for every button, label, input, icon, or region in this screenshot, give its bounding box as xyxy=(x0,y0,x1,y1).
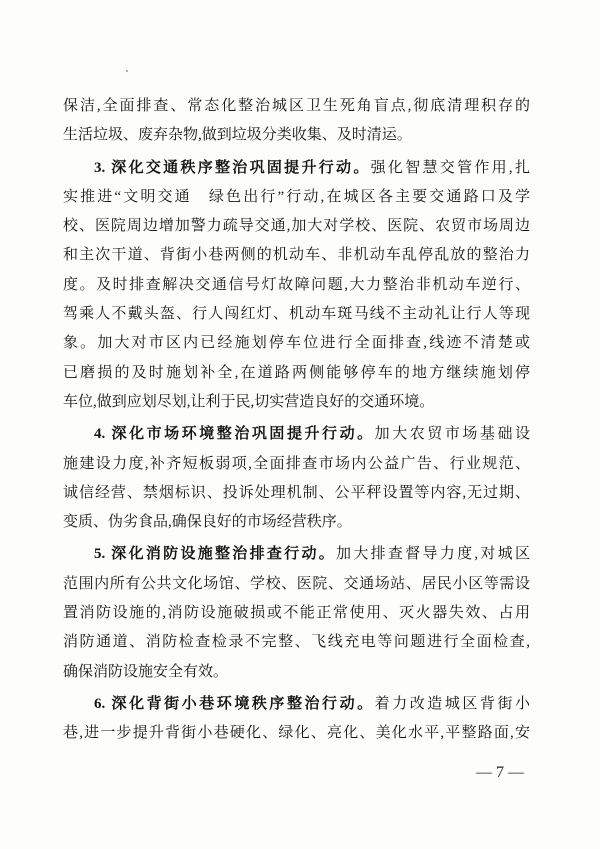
line-text: 实推进“文明交通 绿色出行”行动,在城区各主要交通路口及学 xyxy=(63,189,530,205)
section-heading-6: 6. 深化背街小巷环境秩序整治行动。 xyxy=(94,696,375,712)
page-body-text: 保洁,全面排查、常态化整治城区卫生死角盲点,彻底清理积存的 生活垃圾、废弃杂物,… xyxy=(63,92,530,785)
line-text: 强化智慧交管作用,扎 xyxy=(371,160,530,176)
text-line: 消防通道、消防检查检录不完整、飞线充电等问题进行全面检查, xyxy=(63,628,530,657)
text-line: 3. 深化交通秩序整治巩固提升行动。强化智慧交管作用,扎 xyxy=(63,154,530,183)
line-text: 度。及时排查解决交通信号灯故障问题,大力整治非机动车逆行、 xyxy=(63,277,530,293)
line-text: 置消防设施的,消防设施破损或不能正常使用、灭火器失效、占用 xyxy=(63,605,530,621)
text-line: 象。加大对市区内已经施划停车位进行全面排查,线迹不清楚或 xyxy=(63,329,530,358)
text-line: 变质、伪劣食品,确保良好的市场经营秩序。 xyxy=(63,508,530,537)
line-text: 巷,进一步提升背街小巷硬化、绿化、亮化、美化水平,平整路面,安 xyxy=(63,725,530,741)
text-line: 5. 深化消防设施整治排查行动。加大排查督导力度,对城区 xyxy=(63,540,530,569)
text-line: 施建设力度,补齐短板弱项,全面排查市场内公益广告、行业规范、 xyxy=(63,450,530,479)
page-number: — 7 — xyxy=(63,761,530,785)
line-text: 保洁,全面排查、常态化整治城区卫生死角盲点,彻底清理积存的 xyxy=(63,98,530,114)
text-line: 生活垃圾、废弃杂物,做到垃圾分类收集、及时清运。 xyxy=(63,121,530,150)
scan-speck xyxy=(126,70,128,72)
text-line: 度。及时排查解决交通信号灯故障问题,大力整治非机动车逆行、 xyxy=(63,271,530,300)
text-line: 实推进“文明交通 绿色出行”行动,在城区各主要交通路口及学 xyxy=(63,183,530,212)
line-text: 加大农贸市场基础设 xyxy=(375,426,530,442)
line-text: 诚信经营、禁烟标识、投诉处理机制、公平秤设置等内容,无过期、 xyxy=(63,485,530,501)
line-text: 车位,做到应划尽划,让利于民,切实营造良好的交通环境。 xyxy=(63,394,434,410)
text-line: 校、医院周边增加警力疏导交通,加大对学校、医院、农贸市场周边 xyxy=(63,212,530,241)
line-text: 象。加大对市区内已经施划停车位进行全面排查,线迹不清楚或 xyxy=(63,335,530,351)
section-heading-4: 4. 深化市场环境整治巩固提升行动。 xyxy=(94,426,375,442)
text-line: 和主次干道、背街小巷两侧的机动车、非机动车乱停乱放的整治力 xyxy=(63,241,530,270)
section-heading-5: 5. 深化消防设施整治排查行动。 xyxy=(94,546,336,562)
text-line: 巷,进一步提升背街小巷硬化、绿化、亮化、美化水平,平整路面,安 xyxy=(63,719,530,748)
line-text: 加大排查督导力度,对城区 xyxy=(336,546,530,562)
line-text: 和主次干道、背街小巷两侧的机动车、非机动车乱停乱放的整治力 xyxy=(63,247,530,263)
line-text: 校、医院周边增加警力疏导交通,加大对学校、医院、农贸市场周边 xyxy=(63,218,530,234)
text-line: 确保消防设施安全有效。 xyxy=(63,658,530,687)
text-line: 范围内所有公共文化场馆、学校、医院、交通场站、居民小区等需设 xyxy=(63,570,530,599)
line-text: 消防通道、消防检查检录不完整、飞线充电等问题进行全面检查, xyxy=(63,634,530,650)
text-line: 保洁,全面排查、常态化整治城区卫生死角盲点,彻底清理积存的 xyxy=(63,92,530,121)
text-line: 已磨损的及时施划补全,在道路两侧能够停车的地方继续施划停 xyxy=(63,359,530,388)
section-heading-3: 3. 深化交通秩序整治巩固提升行动。 xyxy=(94,160,371,176)
line-text: 已磨损的及时施划补全,在道路两侧能够停车的地方继续施划停 xyxy=(63,365,530,381)
text-line: 诚信经营、禁烟标识、投诉处理机制、公平秤设置等内容,无过期、 xyxy=(63,479,530,508)
text-line: 驾乘人不戴头盔、行人闯红灯、机动车斑马线不主动礼让行人等现 xyxy=(63,300,530,329)
line-text: 确保消防设施安全有效。 xyxy=(63,664,228,680)
line-text: 生活垃圾、废弃杂物,做到垃圾分类收集、及时清运。 xyxy=(63,127,412,143)
text-line: 4. 深化市场环境整治巩固提升行动。加大农贸市场基础设 xyxy=(63,420,530,449)
document-page: 保洁,全面排查、常态化整治城区卫生死角盲点,彻底清理积存的 生活垃圾、废弃杂物,… xyxy=(0,0,600,849)
line-text: 范围内所有公共文化场馆、学校、医院、交通场站、居民小区等需设 xyxy=(63,576,530,592)
line-text: 驾乘人不戴头盔、行人闯红灯、机动车斑马线不主动礼让行人等现 xyxy=(63,306,530,322)
line-text: 着力改造城区背街小 xyxy=(375,696,530,712)
text-line: 6. 深化背街小巷环境秩序整治行动。着力改造城区背街小 xyxy=(63,690,530,719)
text-line: 车位,做到应划尽划,让利于民,切实营造良好的交通环境。 xyxy=(63,388,530,417)
line-text: 变质、伪劣食品,确保良好的市场经营秩序。 xyxy=(63,514,352,530)
text-line: 置消防设施的,消防设施破损或不能正常使用、灭火器失效、占用 xyxy=(63,599,530,628)
line-text: 施建设力度,补齐短板弱项,全面排查市场内公益广告、行业规范、 xyxy=(63,456,530,472)
